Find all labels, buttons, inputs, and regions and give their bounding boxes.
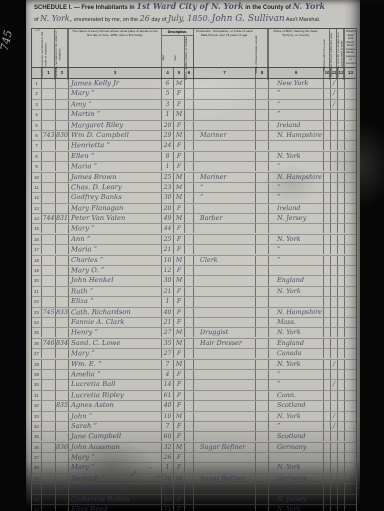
header-illiterate: Persons over 20 y'rs of age who cannot r… <box>337 29 344 80</box>
family-number <box>55 411 68 421</box>
illiterate-mark <box>337 360 344 369</box>
person-name: Mary ” <box>68 224 161 234</box>
row-number: 31 <box>32 391 41 400</box>
color-value <box>184 204 193 213</box>
illiterate-mark <box>337 256 344 265</box>
age-value: 30 <box>161 276 173 285</box>
color-value <box>184 360 193 369</box>
dwelling-number: 746 <box>41 339 55 348</box>
married-mark <box>323 463 330 472</box>
real-estate-value <box>255 308 268 318</box>
married-mark <box>323 380 330 389</box>
dwelling-number <box>41 224 55 234</box>
color-value <box>184 224 193 233</box>
census-table: Dwelling-houses numbered in the order of… <box>31 28 357 511</box>
married-mark <box>323 214 330 223</box>
family-number <box>55 224 68 234</box>
table-row: 24Fannie A. Clark21FMass. <box>32 318 356 328</box>
person-name: James Kelly Jr <box>68 79 161 89</box>
family-number <box>55 245 68 255</box>
family-number: 836 <box>55 443 68 452</box>
family-number <box>55 193 68 202</box>
header-dwelling: Dwelling-houses numbered in the order of… <box>41 29 55 80</box>
color-value <box>184 318 193 327</box>
dwelling-number <box>41 349 55 359</box>
family-number <box>55 432 68 442</box>
row-number: 41 <box>32 495 41 504</box>
margin-scribble: 745 <box>0 29 15 52</box>
remarks-value <box>344 266 356 275</box>
family-number: 834 <box>55 339 68 348</box>
birthplace-value <box>268 141 323 151</box>
occupation-value: ” <box>193 183 255 193</box>
remarks-value <box>344 183 356 192</box>
person-name: John ” <box>68 411 161 421</box>
occupation-value <box>193 245 255 255</box>
age-value: 27 <box>161 328 173 337</box>
dwelling-number <box>41 422 55 431</box>
illiterate-mark <box>337 162 344 171</box>
family-number <box>55 474 68 484</box>
table-rows: 1James Kelly Jr6MNew York/2Mary ”5F”/3Am… <box>32 79 356 511</box>
family-number: 835 <box>55 401 68 410</box>
school-mark <box>330 173 337 182</box>
enumerator-signature: John G. Sullivan <box>212 14 285 24</box>
illiterate-mark <box>337 131 344 140</box>
table-row: 25Henry ”27MDruggistN. York <box>32 328 356 338</box>
table-row: 41Catherine Bolton63FN. Jersey <box>32 495 356 505</box>
birthplace-value: ” <box>268 89 323 98</box>
school-mark: / <box>330 100 337 109</box>
occupation-value <box>193 79 255 89</box>
real-estate-value <box>255 121 268 131</box>
dwelling-number <box>41 360 55 369</box>
color-value <box>184 266 193 275</box>
dwelling-number <box>41 245 55 255</box>
illiterate-mark <box>337 141 344 150</box>
family-number <box>55 463 68 472</box>
form-header: SCHEDULE I. — Free Inhabitants in 1st Wa… <box>34 1 356 27</box>
married-mark <box>323 183 330 192</box>
table-row: 4Martin ”1M” <box>32 110 356 120</box>
illiterate-mark <box>337 152 344 161</box>
row-number: 33 <box>32 412 41 421</box>
age-value: 8 <box>161 152 173 161</box>
remarks-value <box>344 422 356 431</box>
color-value <box>184 131 193 140</box>
school-mark: / <box>330 79 337 88</box>
person-name: Lucretia Ripley <box>68 390 161 400</box>
sex-value: F <box>173 370 184 379</box>
dwelling-number <box>41 256 55 265</box>
dwelling-number <box>41 297 55 306</box>
dwelling-number <box>41 370 55 380</box>
description-group-label: Description. <box>162 29 193 36</box>
sex-value: F <box>173 453 184 462</box>
color-value <box>184 89 193 98</box>
table-row: 13Mary Flanagan20FIreland <box>32 204 356 214</box>
occupation-value <box>193 318 255 327</box>
illiterate-mark <box>337 235 344 244</box>
age-value: 60 <box>161 432 173 441</box>
married-mark <box>323 193 330 202</box>
married-mark <box>323 162 330 171</box>
table-row: 27Mary ”27FCanada <box>32 349 356 359</box>
color-value <box>184 183 193 192</box>
illiterate-mark <box>337 484 344 493</box>
illiterate-mark <box>337 245 344 254</box>
real-estate-value <box>255 360 268 369</box>
real-estate-value <box>255 110 268 119</box>
married-mark <box>323 453 330 462</box>
remarks-value <box>344 235 356 244</box>
real-estate-value <box>255 152 268 161</box>
occupation-value: Druggist <box>193 328 255 338</box>
married-mark <box>323 349 330 358</box>
color-value <box>184 121 193 130</box>
family-number: 830 <box>55 131 68 140</box>
sex-value: F <box>173 495 184 504</box>
row-number: 10 <box>32 173 41 182</box>
age-value: 29 <box>161 131 173 140</box>
row-number: 25 <box>32 328 41 337</box>
remarks-value <box>344 339 356 348</box>
occupation-value <box>193 89 255 98</box>
color-value <box>184 443 193 452</box>
sex-value: F <box>173 401 184 410</box>
illiterate-mark <box>337 193 344 202</box>
birthplace-value: N. York <box>268 152 323 161</box>
table-row: 7Henrietta ”24F <box>32 141 356 151</box>
sex-value: F <box>173 100 184 109</box>
occupation-value: Hair Dresser <box>193 339 255 348</box>
real-estate-value <box>255 391 268 401</box>
row-number: 11 <box>32 183 41 192</box>
remarks-value <box>344 308 356 317</box>
birthplace-value: ” <box>268 380 323 389</box>
table-row: 26746834Saml. C. Lowe35MHair DresserEngl… <box>32 339 356 349</box>
row-number: 42 <box>32 505 41 511</box>
row-number: 28 <box>32 360 41 369</box>
married-mark <box>323 432 330 441</box>
school-mark <box>330 349 337 358</box>
table-row: 30Lucretia Ball14F”/ <box>32 380 356 390</box>
family-number <box>55 121 68 131</box>
school-mark <box>330 245 337 254</box>
real-estate-value <box>255 287 268 297</box>
birthplace-value: N. Hampshire <box>268 307 323 317</box>
birthplace-value: England <box>268 276 323 285</box>
school-mark <box>330 214 337 223</box>
age-value: 21 <box>161 318 173 327</box>
header-color: Color—White, black, or mulatto. <box>185 36 194 80</box>
color-value <box>184 411 193 420</box>
dwelling-number <box>41 162 55 172</box>
birthplace-value: Germany <box>268 443 323 452</box>
age-value: 7 <box>161 360 173 369</box>
school-mark: / <box>330 380 337 389</box>
birthplace-value: N. York <box>268 328 323 338</box>
occupation-value <box>193 401 255 410</box>
person-name: Wm D. Campbell <box>68 131 161 140</box>
person-name: Ruth ” <box>68 286 161 296</box>
sex-value: F <box>173 141 184 150</box>
table-row: 10James Brown25MMarinerN. Hampshire <box>32 173 356 183</box>
birthplace-value: N. York <box>268 287 323 297</box>
school-mark <box>330 276 337 285</box>
table-row: 34Sarah ”7F”/ <box>32 422 356 432</box>
dwelling-number <box>41 432 55 442</box>
birthplace-value: N. York <box>268 505 323 511</box>
row-number: 26 <box>32 339 41 348</box>
birthplace-value: ” <box>268 370 323 380</box>
married-mark <box>323 370 330 379</box>
birthplace-value <box>268 297 323 306</box>
color-value <box>184 287 193 296</box>
row-number: 16 <box>32 235 41 244</box>
table-row: 12Godfrey Banks30M”” <box>32 193 356 203</box>
dwelling-number <box>41 276 55 285</box>
school-mark <box>330 235 337 244</box>
remarks-value <box>344 391 356 400</box>
row-number: 30 <box>32 380 41 389</box>
family-number <box>55 152 68 161</box>
family-number <box>55 505 68 511</box>
sex-value: F <box>173 162 184 171</box>
color-value <box>184 193 193 202</box>
family-number <box>55 360 68 369</box>
dwelling-number: 745 <box>41 308 55 318</box>
age-value: 49 <box>161 214 173 223</box>
remarks-value <box>344 297 356 306</box>
occupation-value <box>193 432 255 442</box>
printed-text: enumerated by me, on the <box>74 17 138 23</box>
illiterate-mark <box>337 370 344 379</box>
sex-value: F <box>173 463 184 472</box>
color-value <box>184 79 193 88</box>
real-estate-value <box>255 401 268 410</box>
sex-value: F <box>173 484 184 493</box>
row-number: 3 <box>32 100 41 109</box>
hw-place: 1st Ward City of N. York <box>136 1 243 11</box>
family-number <box>55 287 68 297</box>
table-row: 22Eliza ”1F <box>32 297 356 307</box>
married-mark <box>323 505 330 511</box>
age-value: 4 <box>161 370 173 379</box>
remarks-value <box>344 100 356 109</box>
dwelling-number <box>41 121 55 131</box>
row-number: 1 <box>32 79 41 88</box>
person-name: Jane Campbell <box>68 432 161 442</box>
dwelling-number <box>41 318 55 327</box>
illiterate-mark <box>337 474 344 483</box>
age-value: 25 <box>161 173 173 182</box>
occupation-value <box>193 120 255 130</box>
color-value <box>184 162 193 171</box>
real-estate-value <box>255 214 268 223</box>
color-value <box>184 256 193 265</box>
dwelling-number <box>41 100 55 110</box>
birthplace-value: N. Hampshire <box>268 173 323 182</box>
dwelling-number <box>41 505 55 511</box>
occupation-value <box>193 463 255 472</box>
header-description-group: Description. Age. Sex. Color—White, blac… <box>161 29 193 80</box>
dwelling-number <box>41 411 55 421</box>
schedule-label: SCHEDULE I. <box>34 5 72 11</box>
remarks-value <box>344 287 356 296</box>
school-mark <box>330 328 337 337</box>
real-estate-value <box>255 141 268 151</box>
age-value: 5 <box>161 89 173 98</box>
family-number <box>55 79 68 89</box>
printed-text: of <box>34 17 39 23</box>
hw-month: July, 1850. <box>168 14 210 23</box>
row-number: 40 <box>32 484 41 493</box>
real-estate-value <box>255 131 268 140</box>
person-name: Henrietta ” <box>68 141 161 151</box>
illiterate-mark <box>337 173 344 182</box>
row-number: 32 <box>32 401 41 410</box>
illiterate-mark <box>337 297 344 306</box>
occupation-value <box>193 505 255 511</box>
person-name: Henry ” <box>68 328 161 338</box>
sex-value: M <box>173 474 184 483</box>
age-value: 40 <box>161 308 173 317</box>
occupation-value <box>193 162 255 172</box>
school-mark <box>330 453 337 462</box>
married-mark <box>323 256 330 265</box>
remarks-value <box>344 121 356 130</box>
birthplace-value: N. Jersey <box>268 214 323 223</box>
family-number <box>55 422 68 431</box>
real-estate-value <box>255 183 268 193</box>
remarks-value <box>344 204 356 213</box>
school-mark <box>330 183 337 192</box>
table-row: 40747837Catherine Burris60FN. York <box>32 484 356 494</box>
birthplace-value: N. York <box>268 235 323 244</box>
real-estate-value <box>255 463 268 472</box>
real-estate-value <box>255 484 268 493</box>
family-number: 833 <box>55 308 68 318</box>
birthplace-value: Canada <box>268 349 323 359</box>
remarks-value <box>344 245 356 254</box>
sex-value: F <box>173 204 184 213</box>
age-value: 44 <box>161 224 173 233</box>
occupation-value <box>193 276 255 285</box>
school-mark <box>330 443 337 452</box>
hw-state: N. York, <box>40 14 72 23</box>
color-value <box>184 308 193 317</box>
occupation-value <box>193 235 255 244</box>
table-header-row: Dwelling-houses numbered in the order of… <box>32 29 356 68</box>
age-value: 61 <box>161 391 173 400</box>
sex-value: F <box>173 224 184 233</box>
person-name: John Henkel <box>68 276 161 285</box>
sex-value: F <box>173 422 184 431</box>
married-mark <box>323 422 330 431</box>
column-number: 3 <box>68 68 161 78</box>
row-number: 15 <box>32 224 41 233</box>
remarks-value <box>344 318 356 327</box>
table-row: 2Mary ”5F”/ <box>32 89 356 99</box>
school-mark <box>330 318 337 327</box>
remarks-value <box>344 131 356 140</box>
school-mark <box>330 484 337 493</box>
real-estate-value <box>255 173 268 182</box>
sex-value: F <box>173 391 184 400</box>
table-row: 11Chas. D. Leary23M”” <box>32 183 356 193</box>
sex-value: M <box>173 328 184 337</box>
age-value: 24 <box>161 141 173 150</box>
real-estate-value <box>255 318 268 327</box>
remarks-value <box>344 162 356 171</box>
real-estate-value <box>255 422 268 431</box>
color-value <box>184 100 193 109</box>
color-value <box>184 474 193 483</box>
married-mark <box>323 443 330 452</box>
birthplace-value: New York <box>268 79 323 89</box>
illiterate-mark <box>337 328 344 337</box>
real-estate-value <box>255 411 268 421</box>
dwelling-number <box>41 193 55 202</box>
real-estate-value <box>255 328 268 338</box>
color-value <box>184 432 193 441</box>
sex-value: M <box>173 256 184 265</box>
sex-value: M <box>173 276 184 285</box>
table-row: 1James Kelly Jr6MNew York/ <box>32 79 356 89</box>
married-mark <box>323 287 330 296</box>
person-name: Mary Flanagan <box>68 203 161 213</box>
illiterate-mark <box>337 318 344 327</box>
occupation-value: Mariner <box>193 131 255 140</box>
real-estate-value <box>255 349 268 359</box>
color-value <box>184 235 193 244</box>
person-name: Catherine Burris <box>68 484 161 493</box>
sex-value: M <box>173 131 184 140</box>
birthplace-value: Mass. <box>268 318 323 327</box>
occupation-value: Sugar Refiner <box>193 474 255 484</box>
school-mark <box>330 432 337 441</box>
color-value <box>184 370 193 379</box>
remarks-value <box>344 141 356 150</box>
family-number <box>55 173 68 182</box>
real-estate-value <box>255 495 268 505</box>
birthplace-value: ” <box>268 110 323 119</box>
color-value <box>184 463 193 472</box>
dwelling-number <box>41 453 55 463</box>
dwelling-number <box>41 391 55 401</box>
person-name: Maria ” <box>68 245 161 255</box>
married-mark <box>323 318 330 327</box>
married-mark <box>323 224 330 233</box>
real-estate-value <box>255 256 268 265</box>
table-row: 39Dietrich ”20MSugar RefinerGermany <box>32 474 356 484</box>
sex-value: F <box>173 380 184 389</box>
age-value: 10 <box>161 411 173 420</box>
sex-value: F <box>173 245 184 254</box>
remarks-value <box>344 380 356 389</box>
person-name: Chas. D. Leary <box>68 183 161 193</box>
table-row: 17Maria ”21F” <box>32 245 356 255</box>
remarks-value <box>344 443 356 452</box>
remarks-value <box>344 432 356 441</box>
remarks-value <box>344 89 356 98</box>
birthplace-value: ” <box>268 183 323 193</box>
real-estate-value <box>255 100 268 110</box>
sex-value: M <box>173 110 184 119</box>
age-value: 60 <box>161 484 173 493</box>
printed-text: Ass't Marshal. <box>286 17 320 23</box>
